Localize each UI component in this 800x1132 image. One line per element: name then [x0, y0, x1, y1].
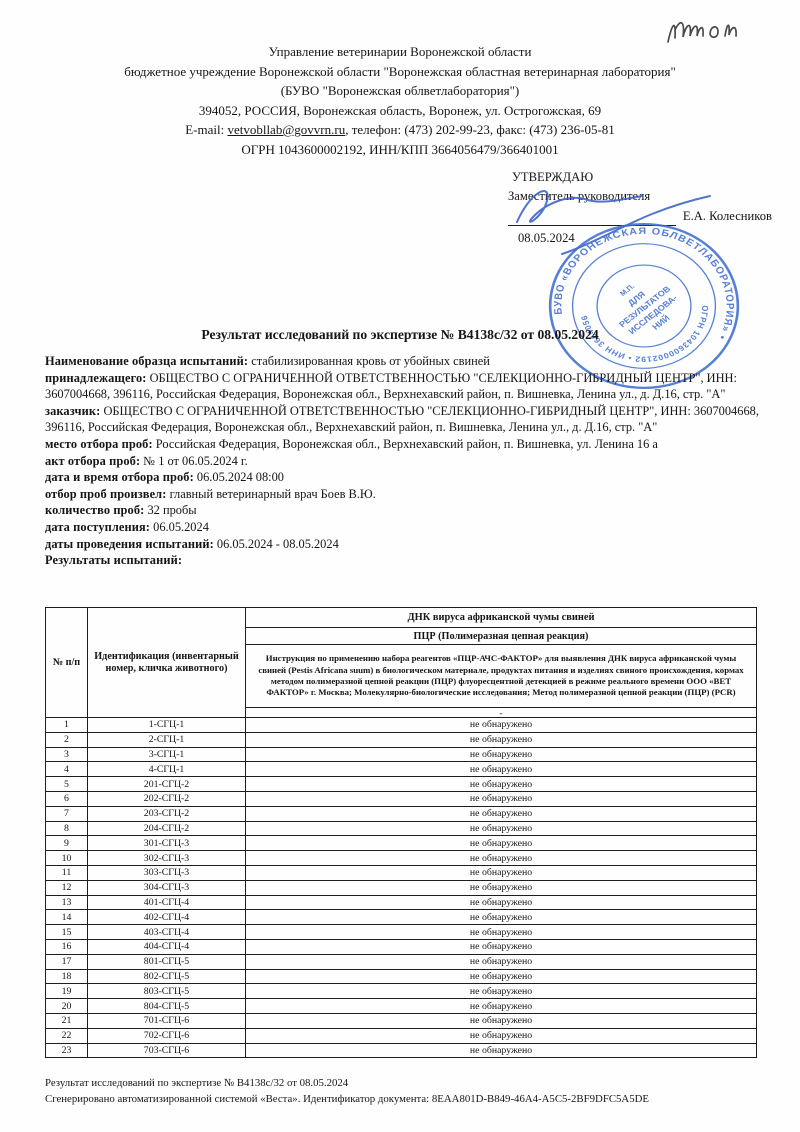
row-number: 1 — [46, 718, 88, 733]
result-value: не обнаружено — [246, 939, 757, 954]
field-line: дата и время отбора проб: 06.05.2024 08:… — [45, 469, 759, 486]
field-value: ОБЩЕСТВО С ОГРАНИЧЕННОЙ ОТВЕТСТВЕННОСТЬЮ… — [45, 371, 737, 402]
field-label: отбор проб произвел: — [45, 487, 166, 501]
field-value: 06.05.2024 - 08.05.2024 — [214, 537, 339, 551]
row-number: 8 — [46, 821, 88, 836]
table-row: 12304-СГЦ-3не обнаружено — [46, 880, 757, 895]
approval-date: 08.05.2024 — [508, 229, 772, 248]
field-label: Результаты испытаний: — [45, 553, 182, 567]
table-row: 14402-СГЦ-4не обнаружено — [46, 910, 757, 925]
sample-id: 801-СГЦ-5 — [88, 954, 246, 969]
table-row: 23703-СГЦ-6не обнаружено — [46, 1043, 757, 1058]
result-value: не обнаружено — [246, 806, 757, 821]
org-ogrn-inn: ОГРН 1043600002192, ИНН/КПП 3664056479/3… — [40, 140, 760, 160]
table-row: 18802-СГЦ-5не обнаружено — [46, 969, 757, 984]
row-number: 4 — [46, 762, 88, 777]
result-value: не обнаружено — [246, 791, 757, 806]
footer-generated-by: Сгенерировано автоматизированной системо… — [45, 1092, 759, 1108]
sample-id: 803-СГЦ-5 — [88, 984, 246, 999]
results-table: № п/п Идентификация (инвентарный номер, … — [45, 607, 757, 1058]
sample-id: 703-СГЦ-6 — [88, 1043, 246, 1058]
org-name: бюджетное учреждение Воронежской области… — [40, 62, 760, 82]
row-number: 11 — [46, 865, 88, 880]
column-header-number: № п/п — [46, 608, 88, 718]
field-label: Наименование образца испытаний: — [45, 354, 248, 368]
sample-id: 403-СГЦ-4 — [88, 925, 246, 940]
field-line: количество проб: 32 пробы — [45, 502, 759, 519]
row-number: 21 — [46, 1013, 88, 1028]
approval-block: УТВЕРЖДАЮ Заместитель руководителя Е.А. … — [508, 168, 772, 248]
row-number: 7 — [46, 806, 88, 821]
table-row: 21701-СГЦ-6не обнаружено — [46, 1013, 757, 1028]
sample-id: 203-СГЦ-2 — [88, 806, 246, 821]
sample-id: 302-СГЦ-3 — [88, 851, 246, 866]
row-number: 23 — [46, 1043, 88, 1058]
field-value: 32 пробы — [144, 503, 196, 517]
sample-id: 804-СГЦ-5 — [88, 999, 246, 1014]
result-value: не обнаружено — [246, 718, 757, 733]
approve-word: УТВЕРЖДАЮ — [508, 168, 772, 187]
field-value: ОБЩЕСТВО С ОГРАНИЧЕННОЙ ОТВЕТСТВЕННОСТЬЮ… — [45, 404, 759, 435]
table-row: 5201-СГЦ-2не обнаружено — [46, 777, 757, 792]
table-row: 9301-СГЦ-3не обнаружено — [46, 836, 757, 851]
org-address: 394052, РОССИЯ, Воронежская область, Вор… — [40, 101, 760, 121]
result-value: не обнаружено — [246, 777, 757, 792]
row-number: 2 — [46, 732, 88, 747]
table-row: 16404-СГЦ-4не обнаружено — [46, 939, 757, 954]
row-number: 14 — [46, 910, 88, 925]
result-value: не обнаружено — [246, 747, 757, 762]
result-value: не обнаружено — [246, 969, 757, 984]
row-number: 15 — [46, 925, 88, 940]
document-footer: Результат исследований по экспертизе № В… — [45, 1076, 759, 1107]
table-row: 17801-СГЦ-5не обнаружено — [46, 954, 757, 969]
table-row: 44-СГЦ-1не обнаружено — [46, 762, 757, 777]
sample-id: 304-СГЦ-3 — [88, 880, 246, 895]
approver-position: Заместитель руководителя — [508, 187, 772, 206]
field-line: заказчик: ОБЩЕСТВО С ОГРАНИЧЕННОЙ ОТВЕТС… — [45, 403, 759, 436]
document-page: Управление ветеринарии Воронежской облас… — [0, 0, 800, 1132]
table-row: 33-СГЦ-1не обнаружено — [46, 747, 757, 762]
sample-id: 404-СГЦ-4 — [88, 939, 246, 954]
stamp-center-line-1: ДЛЯ — [626, 289, 648, 307]
table-row: 8204-СГЦ-2не обнаружено — [46, 821, 757, 836]
table-row: 11-СГЦ-1не обнаружено — [46, 718, 757, 733]
sample-id: 303-СГЦ-3 — [88, 865, 246, 880]
field-label: принадлежащего: — [45, 371, 147, 385]
row-number: 18 — [46, 969, 88, 984]
sample-id: 702-СГЦ-6 — [88, 1028, 246, 1043]
field-value: Российская Федерация, Воронежская обл., … — [153, 437, 658, 451]
result-value: не обнаружено — [246, 732, 757, 747]
row-number: 16 — [46, 939, 88, 954]
field-line: место отбора проб: Российская Федерация,… — [45, 436, 759, 453]
field-value: стабилизированная кровь от убойных свине… — [248, 354, 490, 368]
result-value: не обнаружено — [246, 999, 757, 1014]
result-value: не обнаружено — [246, 762, 757, 777]
table-row: 19803-СГЦ-5не обнаружено — [46, 984, 757, 999]
table-row: 6202-СГЦ-2не обнаружено — [46, 791, 757, 806]
result-value: не обнаружено — [246, 821, 757, 836]
email-label: E-mail: — [185, 122, 224, 137]
row-number: 10 — [46, 851, 88, 866]
row-number: 20 — [46, 999, 88, 1014]
field-value: 06.05.2024 08:00 — [194, 470, 284, 484]
field-label: количество проб: — [45, 503, 144, 517]
sample-id: 1-СГЦ-1 — [88, 718, 246, 733]
result-value: не обнаружено — [246, 851, 757, 866]
field-value: № 1 от 06.05.2024 г. — [140, 454, 248, 468]
field-label: дата поступления: — [45, 520, 150, 534]
sample-id: 4-СГЦ-1 — [88, 762, 246, 777]
org-contacts: E-mail: vetvobllab@govvrn.ru, телефон: (… — [40, 120, 760, 140]
field-line: принадлежащего: ОБЩЕСТВО С ОГРАНИЧЕННОЙ … — [45, 370, 759, 403]
column-header-method: ПЦР (Полимеразная цепная реакция) — [246, 628, 757, 645]
result-value: не обнаружено — [246, 1013, 757, 1028]
table-row: 7203-СГЦ-2не обнаружено — [46, 806, 757, 821]
row-number: 6 — [46, 791, 88, 806]
fields-list: Наименование образца испытаний: стабилиз… — [45, 353, 759, 569]
org-short-name: (БУВО "Воронежская облветлаборатория") — [40, 81, 760, 101]
method-description: Инструкция по применению набора реагенто… — [246, 645, 757, 708]
column-header-test-target: ДНК вируса африканской чумы свиней — [246, 608, 757, 628]
table-row: 20804-СГЦ-5не обнаружено — [46, 999, 757, 1014]
sample-id: 401-СГЦ-4 — [88, 895, 246, 910]
phone-fax: , телефон: (473) 202-99-23, факс: (473) … — [345, 122, 615, 137]
result-value: не обнаружено — [246, 954, 757, 969]
stamp-center-line-2: РЕЗУЛЬТАТОВ — [617, 284, 673, 329]
email-link: vetvobllab@govvrn.ru — [227, 122, 345, 137]
field-label: даты проведения испытаний: — [45, 537, 214, 551]
field-label: акт отбора проб: — [45, 454, 140, 468]
table-row: 13401-СГЦ-4не обнаружено — [46, 895, 757, 910]
field-label: заказчик: — [45, 404, 100, 418]
sample-id: 3-СГЦ-1 — [88, 747, 246, 762]
field-label: дата и время отбора проб: — [45, 470, 194, 484]
result-value: не обнаружено — [246, 925, 757, 940]
result-value: не обнаружено — [246, 895, 757, 910]
sample-id: 402-СГЦ-4 — [88, 910, 246, 925]
result-value: не обнаружено — [246, 1028, 757, 1043]
table-row: 22-СГЦ-1не обнаружено — [46, 732, 757, 747]
sample-id: 2-СГЦ-1 — [88, 732, 246, 747]
field-line: отбор проб произвел: главный ветеринарны… — [45, 486, 759, 503]
field-line: Результаты испытаний: — [45, 552, 759, 569]
dash-row: - — [246, 708, 757, 718]
table-row: 10302-СГЦ-3не обнаружено — [46, 851, 757, 866]
approver-name: Е.А. Колесников — [683, 207, 772, 226]
row-number: 19 — [46, 984, 88, 999]
field-value: главный ветеринарный врач Боев В.Ю. — [166, 487, 375, 501]
results-table-body: 11-СГЦ-1не обнаружено22-СГЦ-1не обнаруже… — [46, 718, 757, 1058]
row-number: 9 — [46, 836, 88, 851]
sample-id: 201-СГЦ-2 — [88, 777, 246, 792]
table-row: 11303-СГЦ-3не обнаружено — [46, 865, 757, 880]
sample-id: 701-СГЦ-6 — [88, 1013, 246, 1028]
result-value: не обнаружено — [246, 1043, 757, 1058]
sample-id: 301-СГЦ-3 — [88, 836, 246, 851]
field-line: Наименование образца испытаний: стабилиз… — [45, 353, 759, 370]
row-number: 17 — [46, 954, 88, 969]
field-label: место отбора проб: — [45, 437, 153, 451]
stamp-mp-label: М.П. — [618, 282, 637, 298]
result-value: не обнаружено — [246, 984, 757, 999]
sample-id: 802-СГЦ-5 — [88, 969, 246, 984]
row-number: 13 — [46, 895, 88, 910]
result-value: не обнаружено — [246, 836, 757, 851]
sample-id: 204-СГЦ-2 — [88, 821, 246, 836]
table-row: 15403-СГЦ-4не обнаружено — [46, 925, 757, 940]
result-value: не обнаружено — [246, 865, 757, 880]
table-row: 22702-СГЦ-6не обнаружено — [46, 1028, 757, 1043]
org-authority: Управление ветеринарии Воронежской облас… — [40, 42, 760, 62]
column-header-identification: Идентификация (инвентарный номер, кличка… — [88, 608, 246, 718]
row-number: 12 — [46, 880, 88, 895]
field-line: акт отбора проб: № 1 от 06.05.2024 г. — [45, 453, 759, 470]
field-line: дата поступления: 06.05.2024 — [45, 519, 759, 536]
field-value: 06.05.2024 — [150, 520, 209, 534]
sample-id: 202-СГЦ-2 — [88, 791, 246, 806]
row-number: 3 — [46, 747, 88, 762]
result-value: не обнаружено — [246, 910, 757, 925]
row-number: 22 — [46, 1028, 88, 1043]
footer-expertise-ref: Результат исследований по экспертизе № В… — [45, 1076, 759, 1092]
result-value: не обнаружено — [246, 880, 757, 895]
row-number: 5 — [46, 777, 88, 792]
letterhead: Управление ветеринарии Воронежской облас… — [40, 42, 760, 159]
field-line: даты проведения испытаний: 06.05.2024 - … — [45, 536, 759, 553]
document-title: Результат исследований по экспертизе № В… — [40, 327, 760, 343]
signature-line — [508, 210, 676, 226]
